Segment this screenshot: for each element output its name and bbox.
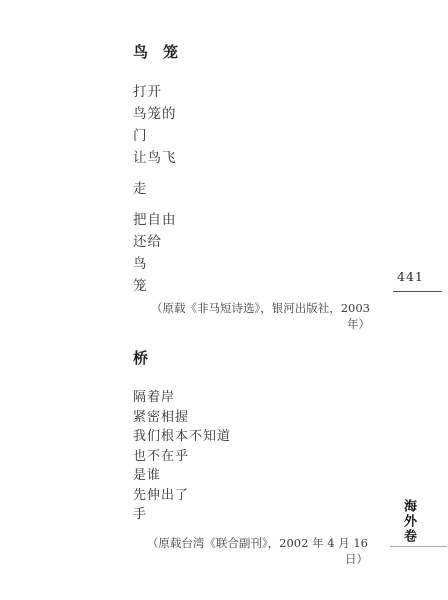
poem-line: 是谁 <box>133 466 448 486</box>
volume-label: 海外卷 <box>399 499 418 544</box>
poem-line: 我们根本不知道 <box>133 427 448 447</box>
poem-line: 打开 <box>133 81 448 103</box>
poem-title: 桥 <box>133 348 448 368</box>
poem-line: 让鸟飞 <box>133 147 448 169</box>
page-number: 441 <box>397 269 424 284</box>
poem-birdcage: 鸟 笼 打开 鸟笼的 门 让鸟飞 走 把自由 还给 鸟 笼 （原载《非马短诗选》… <box>133 42 448 332</box>
stanza: 打开 鸟笼的 门 让鸟飞 <box>133 81 448 169</box>
volume-label-rule <box>390 546 447 547</box>
stanza: 走 <box>133 178 448 200</box>
poem-attribution: （原载《非马短诗选》，银河出版社，2003 年） <box>133 300 448 332</box>
poem-line: 把自由 <box>133 209 448 231</box>
poem-line: 隔着岸 <box>133 388 448 408</box>
poem-line: 紧密相握 <box>133 408 448 428</box>
page-number-rule <box>393 291 442 292</box>
poem-line: 鸟笼的 <box>133 103 448 125</box>
book-page: 鸟 笼 打开 鸟笼的 门 让鸟飞 走 把自由 还给 鸟 笼 （原载《非马短诗选》… <box>0 0 448 600</box>
poem-line: 也不在乎 <box>133 447 448 467</box>
poem-title: 鸟 笼 <box>133 42 448 62</box>
poem-line: 门 <box>133 125 448 147</box>
poem-line: 还给 <box>133 231 448 253</box>
poem-line: 走 <box>133 178 448 200</box>
